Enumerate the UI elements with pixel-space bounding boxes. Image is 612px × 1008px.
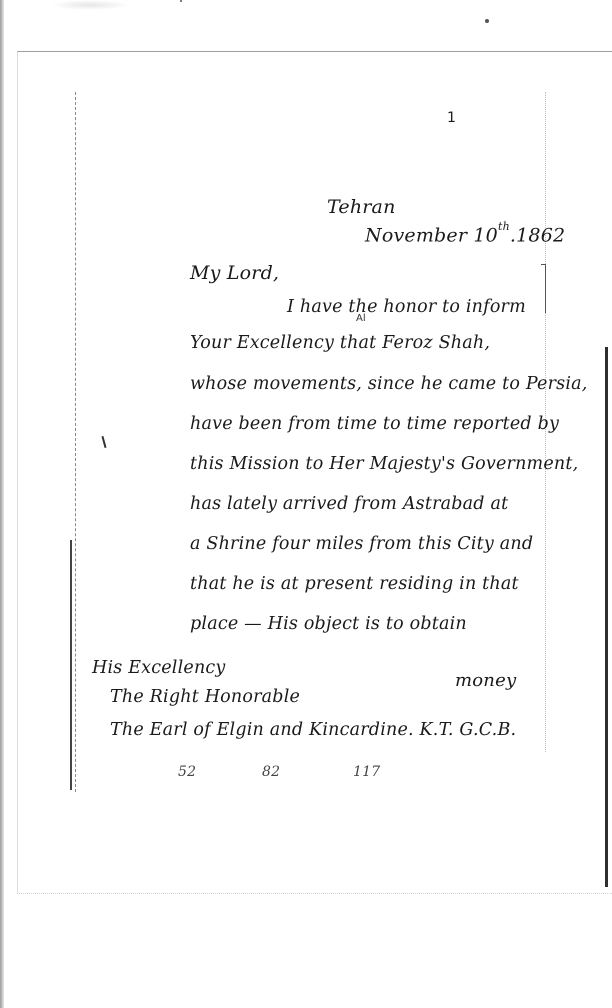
scan-speck <box>485 19 489 23</box>
body-line: I have the honor to inform <box>287 297 526 317</box>
letter-place: Tehran <box>327 196 396 218</box>
catchword: money <box>455 670 516 691</box>
folio-mark: 117 <box>353 764 380 780</box>
interlinear-insertion: Al <box>356 313 366 324</box>
body-line: have been from time to time reported by <box>190 414 559 434</box>
body-line: has lately arrived from Astrabad at <box>190 494 508 514</box>
margin-bracket <box>541 264 546 313</box>
body-line: place — His object is to obtain <box>190 614 467 634</box>
salutation: My Lord, <box>190 262 279 284</box>
scan-edge-bar <box>605 347 608 887</box>
date-year: .1862 <box>510 224 565 246</box>
left-margin-rule <box>75 92 77 792</box>
body-line: this Mission to Her Majesty's Government… <box>190 454 578 474</box>
page-number: 1 <box>447 110 456 126</box>
body-line: a Shrine four miles from this City and <box>190 534 533 554</box>
scan-speck <box>180 0 182 2</box>
body-line: that he is at present residing in that <box>190 574 519 594</box>
date-ordinal: th <box>498 220 510 233</box>
left-margin-rule-dark <box>70 540 72 790</box>
addressee-line: His Excellency <box>92 658 226 678</box>
scan-shadow-left-edge <box>0 0 4 1008</box>
body-line: whose movements, since he came to Persia… <box>190 374 588 394</box>
date-day: November 10 <box>365 224 498 246</box>
addressee-line: The Earl of Elgin and Kincardine. K.T. G… <box>110 720 516 740</box>
addressee-line: The Right Honorable <box>110 687 300 707</box>
folio-mark: 52 <box>178 764 196 780</box>
folio-mark: 82 <box>262 764 280 780</box>
scan-smudge <box>50 0 130 10</box>
letter-date: November 10th.1862 <box>365 224 565 246</box>
body-line: Your Excellency that Feroz Shah, <box>190 333 490 353</box>
